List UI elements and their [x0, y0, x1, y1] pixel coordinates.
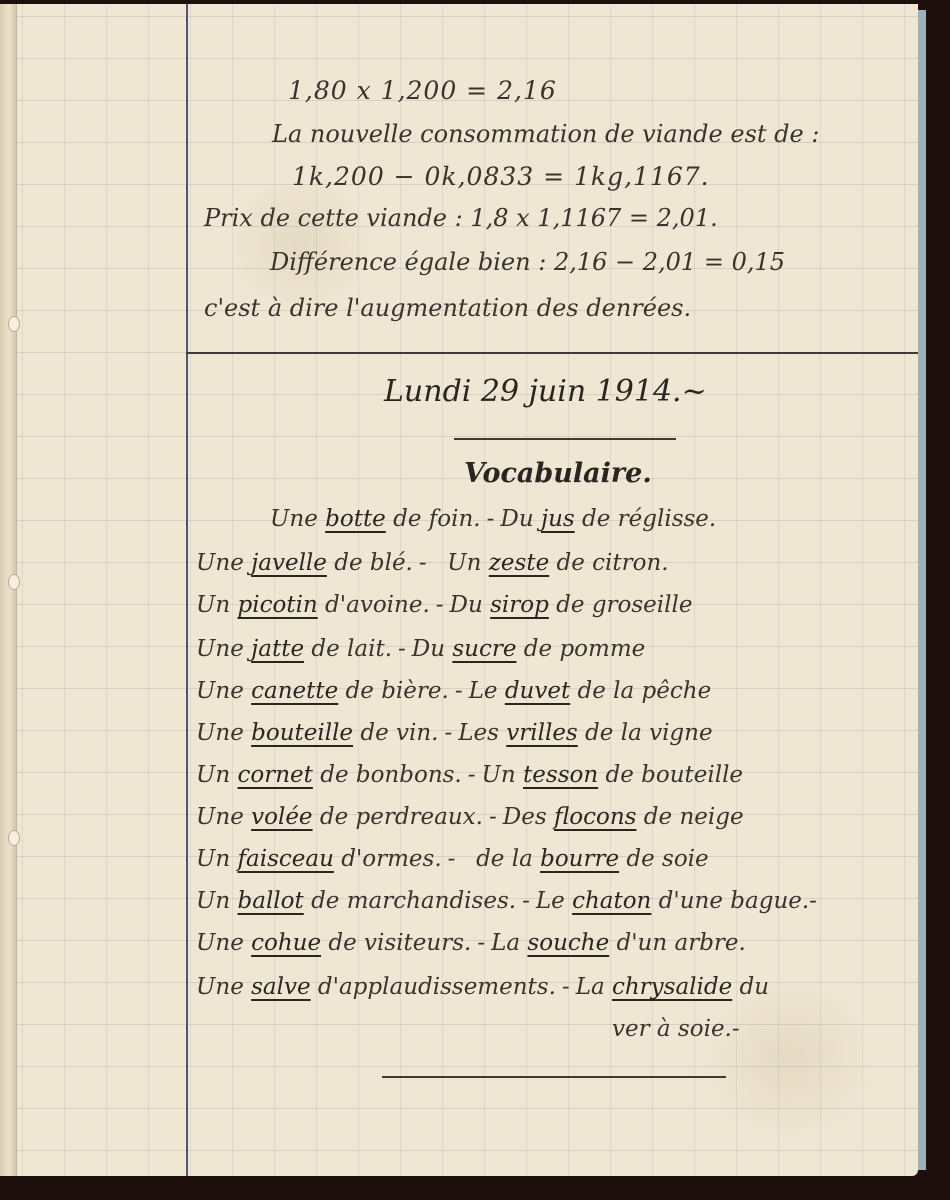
vocab-article: Le: [469, 678, 505, 704]
vocab-article: Une: [196, 636, 251, 662]
vocab-complement: de visiteurs.: [321, 930, 471, 956]
vocab-article: Une: [196, 974, 251, 1000]
vocab-article: de la: [476, 846, 540, 872]
notebook-page: 1,80 x 1,200 = 2,16 La nouvelle consomma…: [0, 4, 918, 1176]
vocab-row: Une botte de foin.-Du jus de réglisse.: [270, 506, 716, 532]
vocab-term: flocons: [554, 804, 637, 830]
end-rule: [382, 1076, 726, 1078]
lesson-date: Lundi 29 juin 1914.~: [384, 374, 707, 409]
vocab-complement: d'avoine.: [318, 592, 430, 618]
vocab-article: Du: [450, 592, 491, 618]
vocab-term: cornet: [238, 762, 313, 788]
vocab-article: Une: [196, 930, 251, 956]
vocab-article: Un: [196, 762, 238, 788]
vocab-term: salve: [251, 974, 310, 1000]
vocab-article: Du: [412, 636, 453, 662]
vocab-complement: de perdreaux.: [313, 804, 483, 830]
vocab-complement: de marchandises.: [304, 888, 516, 914]
vocab-complement: de pomme: [516, 636, 645, 662]
vocab-article: Une: [270, 506, 325, 532]
vocab-row: Une volée de perdreaux.-Des flocons de n…: [196, 804, 744, 830]
vocab-article: Une: [196, 678, 251, 704]
vocab-complement: d'ormes.: [334, 846, 442, 872]
vocab-article: La: [576, 974, 612, 1000]
paper-stain: [700, 984, 880, 1134]
vocab-article: La: [491, 930, 527, 956]
page-edge-cover: [918, 10, 926, 1170]
vocab-complement: du: [732, 974, 769, 1000]
vocab-complement: de groseille: [549, 592, 693, 618]
vocab-term: bouteille: [251, 720, 353, 746]
vocab-row: Une canette de bière.-Le duvet de la pêc…: [196, 678, 711, 704]
vocab-article: Un: [196, 846, 238, 872]
math-line-2: La nouvelle consommation de viande est d…: [272, 120, 819, 148]
vocab-complement: de bonbons.: [313, 762, 462, 788]
scanned-notebook: 1,80 x 1,200 = 2,16 La nouvelle consomma…: [0, 0, 950, 1200]
lesson-title: Vocabulaire.: [464, 458, 652, 489]
binding-hole: [8, 830, 20, 846]
vocab-complement: de bière.: [338, 678, 449, 704]
vocab-row: Un picotin d'avoine.-Du sirop de groseil…: [196, 592, 692, 618]
vocab-term: vrilles: [506, 720, 577, 746]
math-line-4: Prix de cette viande : 1,8 x 1,1167 = 2,…: [204, 204, 718, 232]
vocab-term: canette: [251, 678, 338, 704]
paper-stain: [220, 184, 380, 304]
vocab-complement: de blé.: [327, 550, 413, 576]
vocab-term: duvet: [505, 678, 570, 704]
vocab-term: chrysalide: [612, 974, 732, 1000]
vocab-complement: de soie: [619, 846, 709, 872]
vocab-complement: de lait.: [304, 636, 392, 662]
vocab-term: botte: [325, 506, 386, 532]
vocab-article: Un: [196, 592, 238, 618]
math-line-5: Différence égale bien : 2,16 − 2,01 = 0,…: [270, 248, 785, 276]
vocab-complement: d'un arbre.: [609, 930, 746, 956]
binding-hole: [8, 316, 20, 332]
vocab-term: tesson: [523, 762, 598, 788]
vocab-term: cohue: [251, 930, 321, 956]
vocab-complement: de foin.: [386, 506, 481, 532]
vocab-term: volée: [251, 804, 312, 830]
vocab-continuation: ver à soie.-: [612, 1016, 740, 1042]
vocab-article: Une: [196, 550, 251, 576]
vocab-article: Des: [503, 804, 554, 830]
vocab-complement: d'applaudissements.: [311, 974, 556, 1000]
vocab-term: jus: [541, 506, 575, 532]
vocab-complement: de la pêche: [570, 678, 711, 704]
vocab-term: javelle: [251, 550, 327, 576]
vocab-article: Un: [482, 762, 524, 788]
vocab-article: Une: [196, 804, 251, 830]
vocab-term: bourre: [540, 846, 619, 872]
math-line-6: c'est à dire l'augmentation des denrées.: [204, 294, 691, 322]
vocab-article: Un: [447, 550, 489, 576]
vocab-complement: de la vigne: [578, 720, 713, 746]
vocab-term: picotin: [238, 592, 318, 618]
vocab-complement: de réglisse.: [575, 506, 717, 532]
vocab-article: Les: [458, 720, 506, 746]
vocab-row: Un ballot de marchandises.-Le chaton d'u…: [196, 888, 817, 914]
vocab-article: Le: [536, 888, 572, 914]
vocab-row: Une salve d'applaudissements.-La chrysal…: [196, 974, 769, 1000]
vocab-complement: de citron.: [549, 550, 668, 576]
binding-hole: [8, 574, 20, 590]
vocab-term: jatte: [251, 636, 304, 662]
vocab-article: Une: [196, 720, 251, 746]
vocab-term: ballot: [238, 888, 304, 914]
math-line-3: 1k,200 − 0k,0833 = 1kg,1167.: [292, 162, 710, 191]
vocab-row: Un faisceau d'ormes.- de la bourre de so…: [196, 846, 709, 872]
title-rule: [454, 438, 676, 440]
vocab-complement: de neige: [636, 804, 743, 830]
vocab-term: faisceau: [238, 846, 334, 872]
vocab-article: Du: [500, 506, 541, 532]
vocab-row: Une cohue de visiteurs.-La souche d'un a…: [196, 930, 746, 956]
vocab-term: sirop: [490, 592, 549, 618]
margin-rule: [186, 4, 188, 1176]
vocab-term: souche: [527, 930, 609, 956]
vocab-term: zeste: [489, 550, 549, 576]
vocab-term: sucre: [452, 636, 516, 662]
section-divider: [186, 352, 918, 354]
math-line-1: 1,80 x 1,200 = 2,16: [288, 76, 557, 105]
vocab-term: chaton: [572, 888, 651, 914]
vocab-complement: de vin.: [353, 720, 438, 746]
vocab-row: Un cornet de bonbons.-Un tesson de boute…: [196, 762, 743, 788]
vocab-article: Un: [196, 888, 238, 914]
vocab-row: Une bouteille de vin.-Les vrilles de la …: [196, 720, 713, 746]
vocab-row: Une jatte de lait.-Du sucre de pomme: [196, 636, 645, 662]
vocab-complement: de bouteille: [598, 762, 743, 788]
vocab-row: Une javelle de blé.- Un zeste de citron.: [196, 550, 669, 576]
vocab-complement: d'une bague.-: [651, 888, 817, 914]
notebook-binding: [0, 4, 17, 1176]
